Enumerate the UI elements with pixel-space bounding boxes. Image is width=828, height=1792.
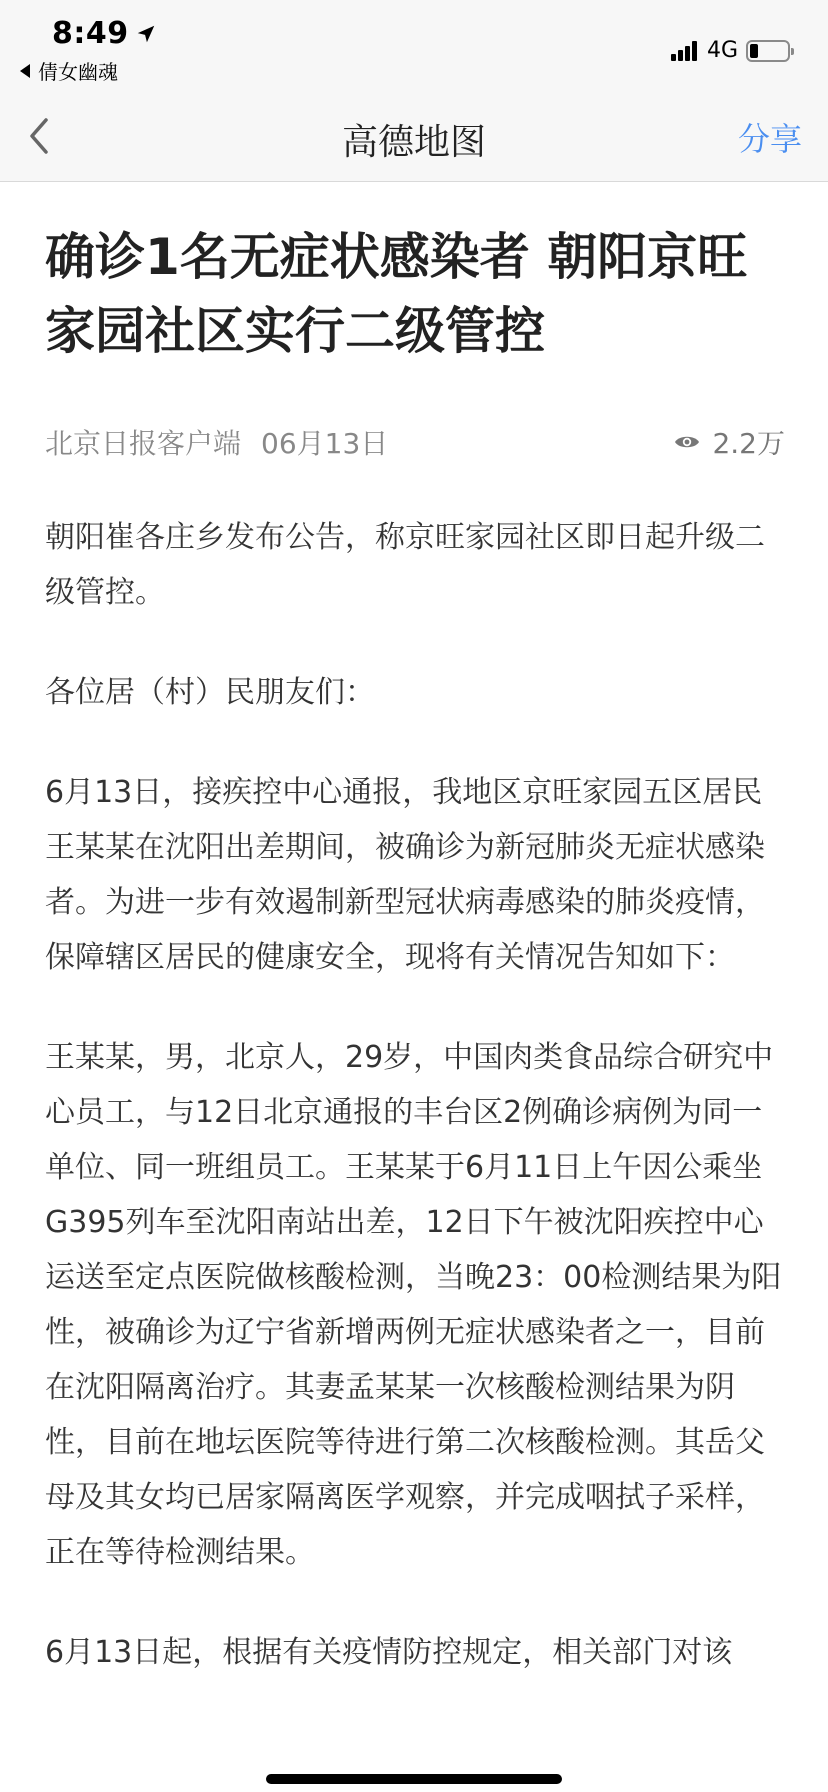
home-indicator[interactable]	[266, 1774, 562, 1784]
phone-screen: 8:49 倩女幽魂 4G 高德地图 分享 确诊	[0, 0, 828, 1792]
article-date: 06月13日	[261, 422, 388, 462]
time-text: 8:49	[52, 16, 129, 51]
paragraph: 6月13日，接疾控中心通报，我地区京旺家园五区居民王某某在沈阳出差期间，被确诊为…	[45, 765, 785, 985]
paragraph: 朝阳崔各庄乡发布公告，称京旺家园社区即日起升级二级管控。	[45, 510, 785, 620]
status-time: 8:49	[52, 16, 157, 51]
back-triangle-icon	[20, 64, 30, 78]
article-body: 朝阳崔各庄乡发布公告，称京旺家园社区即日起升级二级管控。 各位居（村）民朋友们：…	[45, 510, 785, 1680]
cellular-signal-icon	[671, 41, 699, 61]
back-to-app-button[interactable]: 倩女幽魂	[20, 56, 118, 85]
view-count: 2.2万	[674, 422, 785, 462]
view-count-text: 2.2万	[712, 422, 785, 462]
network-type: 4G	[707, 38, 738, 63]
article-headline: 确诊1名无症状感染者 朝阳京旺家园社区实行二级管控	[45, 220, 785, 368]
location-arrow-icon	[135, 23, 157, 45]
article-meta: 北京日报客户端 06月13日 2.2万	[45, 422, 785, 462]
article: 确诊1名无症状感染者 朝阳京旺家园社区实行二级管控 北京日报客户端 06月13日…	[45, 182, 785, 1725]
top-bar: 8:49 倩女幽魂 4G 高德地图 分享	[0, 0, 828, 182]
paragraph: 6月13日起，根据有关疫情防控规定，相关部门对该	[45, 1625, 785, 1680]
paragraph: 各位居（村）民朋友们：	[45, 665, 785, 720]
page-title: 高德地图	[0, 114, 828, 165]
battery-icon	[746, 40, 790, 62]
share-button[interactable]: 分享	[738, 114, 802, 160]
article-source: 北京日报客户端	[45, 422, 241, 462]
back-app-label: 倩女幽魂	[38, 56, 118, 85]
paragraph: 王某某，男，北京人，29岁，中国肉类食品综合研究中心员工，与12日北京通报的丰台…	[45, 1030, 785, 1580]
eye-icon	[674, 433, 700, 451]
status-indicators: 4G	[671, 38, 790, 63]
